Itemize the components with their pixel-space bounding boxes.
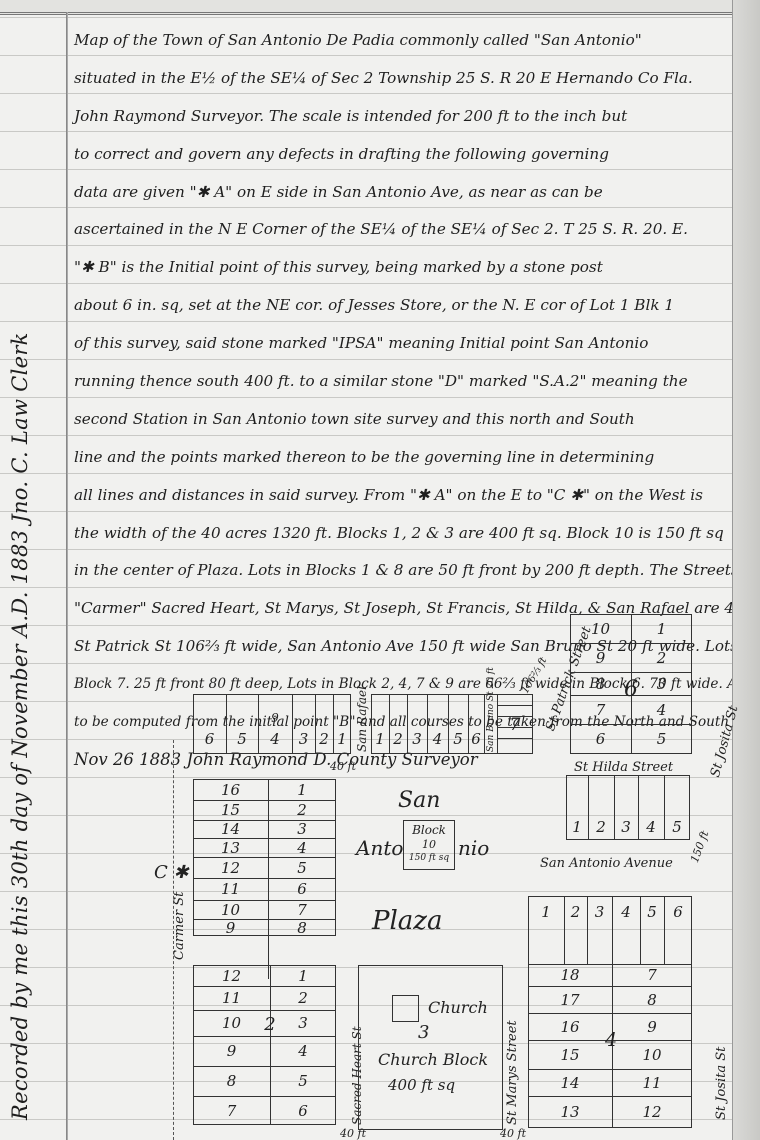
ledger-page: Recorded by me this 30th day of November…	[0, 0, 760, 1140]
lot-number: 2	[315, 725, 333, 753]
lot-number: 16	[193, 779, 268, 800]
lot-number: 1	[566, 815, 588, 839]
lot-number: 3	[587, 900, 612, 924]
lot-number: 4	[258, 725, 292, 753]
block-3-church	[358, 965, 503, 1130]
lot-number: 7	[193, 1096, 270, 1125]
lot-number: 6	[193, 725, 226, 753]
street-label-st-hilda: St Hilda Street	[574, 760, 673, 775]
lot-number: 4	[270, 1036, 336, 1066]
lot-number: 14	[528, 1069, 612, 1096]
church-label: Church	[428, 998, 488, 1017]
lot-number: 12	[193, 857, 268, 878]
marker-c: C ✱	[154, 862, 189, 883]
block-number: 4	[596, 1028, 626, 1052]
lot-number: 2	[588, 815, 614, 839]
street-label-carmer: Carmer St	[172, 892, 187, 960]
lot-number: 7	[612, 964, 692, 986]
lot-number: 4	[268, 838, 336, 857]
lot-number: 1	[371, 725, 389, 753]
lot-number: 3	[268, 820, 336, 838]
lot-number: 2	[564, 900, 587, 924]
lot-number: 15	[193, 800, 268, 820]
lot-number: 6	[268, 878, 336, 900]
lot-number: 14	[193, 820, 268, 838]
street-width-label: 40 ft	[500, 1127, 526, 1140]
lot-number: 1	[268, 779, 336, 800]
plaza-word: nio	[458, 836, 489, 860]
lot-number: 2	[389, 725, 407, 753]
lot-number: 18	[528, 964, 612, 986]
block-number: 2	[255, 1012, 285, 1036]
lot-number: 5	[631, 724, 692, 754]
street-width-label: 40 ft	[330, 760, 356, 773]
lot-number: 4	[638, 815, 664, 839]
lot-number: 1	[270, 965, 336, 986]
block-number: 3	[418, 1022, 429, 1043]
church-block-size: 400 ft sq	[388, 1076, 455, 1094]
street-width-label: 106⅔ ft	[520, 656, 549, 696]
lot-number: 8	[612, 986, 692, 1013]
lot-number: 10	[193, 900, 268, 919]
lot-number: 8	[268, 919, 336, 936]
block-number: 6	[616, 674, 646, 704]
lot-number: 5	[268, 857, 336, 878]
lot-number: 6	[468, 725, 484, 753]
street-label-san-rafael: San Rafael	[355, 686, 369, 752]
church-building	[392, 995, 419, 1022]
church-block-title: Church Block	[378, 1050, 488, 1069]
lot-number: 9	[193, 1036, 270, 1066]
lot-number: 11	[612, 1069, 692, 1096]
lot-number: 5	[448, 725, 468, 753]
lot-number: 8	[193, 1066, 270, 1096]
lot-number: 3	[292, 725, 315, 753]
street-label-st-marys: St Marys Street	[505, 1020, 520, 1125]
lot-number: 5	[664, 815, 690, 839]
plaza-word: Anto	[356, 836, 403, 860]
lot-number: 17	[528, 986, 612, 1013]
lot-number: 2	[268, 800, 336, 820]
plaza-word: Plaza	[372, 906, 443, 936]
street-width-label: 150 ft	[688, 829, 711, 864]
lot-number: 9	[570, 643, 631, 672]
street-label-st-josita-lower: St Josita St	[714, 1047, 729, 1120]
street-label-san-antonio-ave: San Antonio Avenue	[540, 856, 673, 871]
lot-number: 6	[664, 900, 692, 924]
lot-number: 4	[427, 725, 448, 753]
lot-number: 1	[333, 725, 351, 753]
lot-number: 2	[631, 643, 692, 672]
lot-number: 3	[407, 725, 427, 753]
lot-number: 7	[497, 700, 533, 750]
lot-number: 3	[614, 815, 638, 839]
street-label-st-josita: St Josita St	[708, 704, 741, 779]
lot-number: 11	[193, 986, 270, 1010]
town-plat-map: 6 5 4 9 3 2 1 San Rafael 40 ft 1 2 3 4 5…	[0, 0, 760, 1140]
lot-number: 4	[612, 900, 640, 924]
lot-number: 11	[193, 878, 268, 900]
lot-number: 9	[193, 919, 268, 936]
lot-number: 5	[270, 1066, 336, 1096]
lot-number: 5	[640, 900, 664, 924]
lot-number: 7	[268, 900, 336, 919]
lot-number: 1	[528, 900, 564, 924]
lot-number: 5	[226, 725, 258, 753]
lot-number: 9	[258, 708, 292, 728]
block-10: Block 10 150 ft sq	[403, 820, 455, 870]
street-label-san-bruno: San Bruno St 20 ft	[486, 667, 496, 752]
lot-number: 2	[270, 986, 336, 1010]
lot-number: 12	[193, 965, 270, 986]
plaza-word: San	[398, 788, 440, 813]
lot-number: 1	[631, 614, 692, 643]
lot-number: 10	[570, 614, 631, 643]
lot-number: 6	[270, 1096, 336, 1125]
lot-number: 13	[193, 838, 268, 857]
lot-number: 12	[612, 1096, 692, 1128]
lot-number: 13	[528, 1096, 612, 1128]
lot-number: 6	[570, 724, 631, 754]
